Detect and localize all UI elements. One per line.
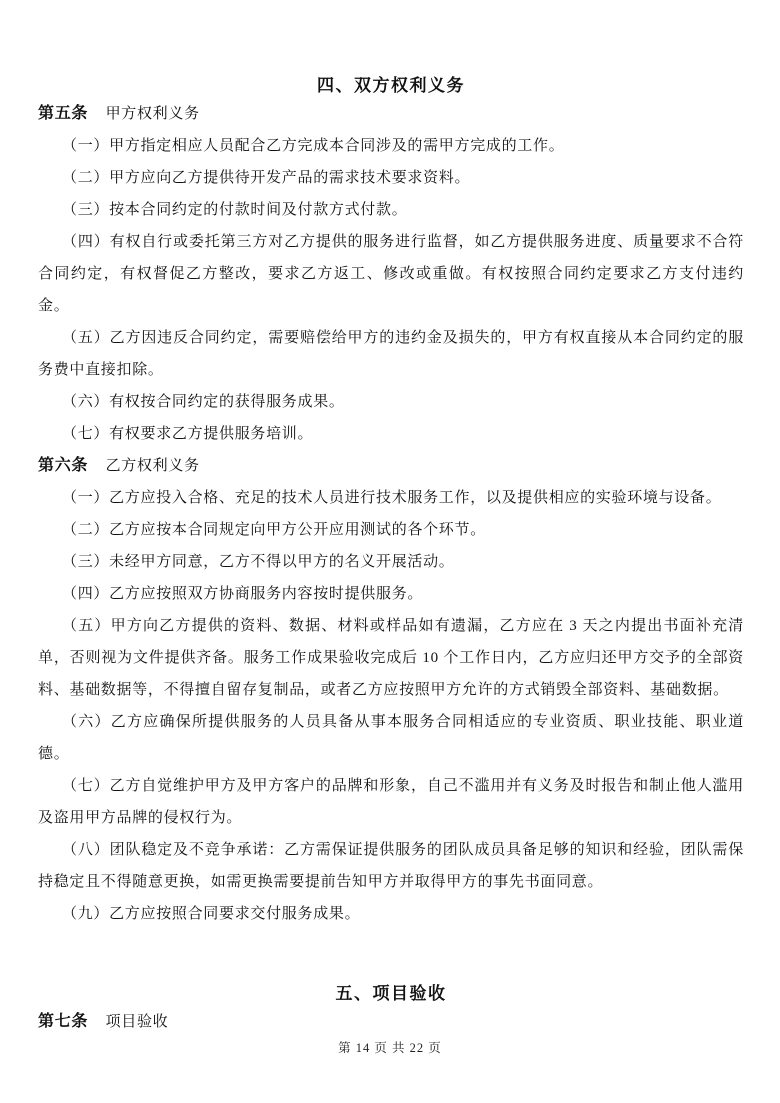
clause: （七）有权要求乙方提供服务培训。 — [38, 418, 744, 450]
clause: （四）有权自行或委托第三方对乙方提供的服务进行监督，如乙方提供服务进度、质量要求… — [38, 226, 744, 322]
clause: （一）乙方应投入合格、充足的技术人员进行技术服务工作，以及提供相应的实验环境与设… — [38, 482, 744, 514]
article-5-title: 甲方权利义务 — [106, 106, 200, 122]
section-heading-project-acceptance: 五、项目验收 — [38, 982, 744, 1006]
article-5-label: 第五条 — [38, 105, 88, 122]
clause: （六）有权按合同约定的获得服务成果。 — [38, 386, 744, 418]
document-content: 四、双方权利义务 第五条 甲方权利义务 （一）甲方指定相应人员配合乙方完成本合同… — [0, 0, 780, 1038]
clause: （七）乙方自觉维护甲方及甲方客户的品牌和形象，自己不滥用并有义务及时报告和制止他… — [38, 770, 744, 834]
clause: （三）未经甲方同意，乙方不得以甲方的名义开展活动。 — [38, 546, 744, 578]
clause: （二）甲方应向乙方提供待开发产品的需求技术要求资料。 — [38, 162, 744, 194]
clause: （一）甲方指定相应人员配合乙方完成本合同涉及的需甲方完成的工作。 — [38, 130, 744, 162]
clause: （四）乙方应按照双方协商服务内容按时提供服务。 — [38, 578, 744, 610]
article-6-label: 第六条 — [38, 457, 88, 474]
section-heading-rights-obligations: 四、双方权利义务 — [38, 74, 744, 98]
clause: （五）乙方因违反合同约定，需要赔偿给甲方的违约金及损失的，甲方有权直接从本合同约… — [38, 322, 744, 386]
contract-document-page: 四、双方权利义务 第五条 甲方权利义务 （一）甲方指定相应人员配合乙方完成本合同… — [0, 0, 780, 1103]
article-6-title: 乙方权利义务 — [106, 458, 200, 474]
article-7-title: 项目验收 — [106, 1014, 169, 1030]
clause: （二）乙方应按本合同规定向甲方公开应用测试的各个环节。 — [38, 514, 744, 546]
clause: （八）团队稳定及不竞争承诺：乙方需保证提供服务的团队成员具备足够的知识和经验，团… — [38, 834, 744, 898]
clause: （五）甲方向乙方提供的资料、数据、材料或样品如有遗漏，乙方应在 3 天之内提出书… — [38, 610, 744, 706]
article-7-heading: 第七条 项目验收 — [38, 1006, 744, 1038]
article-6-heading: 第六条 乙方权利义务 — [38, 450, 744, 482]
page-number-footer: 第 14 页 共 22 页 — [0, 1038, 780, 1056]
clause: （六）乙方应确保所提供服务的人员具备从事本服务合同相适应的专业资质、职业技能、职… — [38, 706, 744, 770]
clause: （九）乙方应按照合同要求交付服务成果。 — [38, 898, 744, 930]
clause: （三）按本合同约定的付款时间及付款方式付款。 — [38, 194, 744, 226]
article-7-label: 第七条 — [38, 1013, 88, 1030]
article-5-heading: 第五条 甲方权利义务 — [38, 98, 744, 130]
